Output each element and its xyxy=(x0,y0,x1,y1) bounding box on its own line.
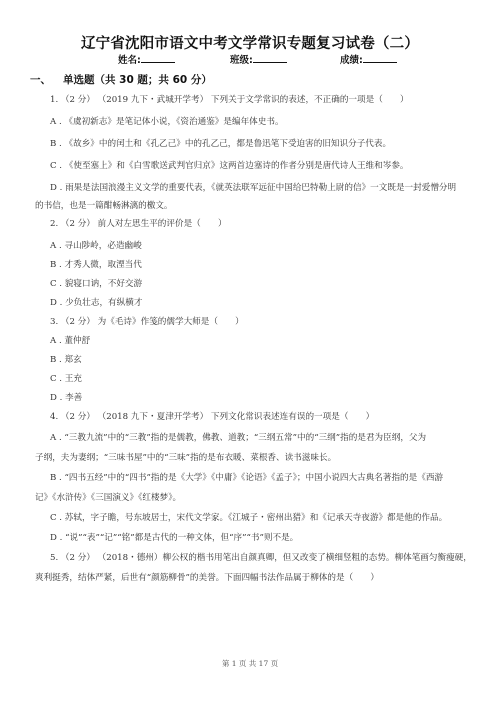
question-3-option-b[interactable]: B . 郑玄 xyxy=(50,354,82,366)
section-heading: 一、单选题（共 30 题；共 60 分） xyxy=(30,72,212,87)
student-info-row: 姓名: 班级: 成绩: xyxy=(0,52,500,66)
class-blank[interactable] xyxy=(253,53,287,63)
question-5: 5. （2 分） （2018・德州）柳公权的楷书用笔出自颜真卿，但又改变了横细竖… xyxy=(50,552,472,564)
question-4-option-d[interactable]: D . “说”“表”“记”“铭”都是古代的一种文体，但“序”“书”则不是。 xyxy=(50,532,298,544)
question-2: 2. （2 分） 前人对左思生平的评价是（ ） xyxy=(50,218,227,230)
question-4-option-c[interactable]: C . 苏轼，字子瞻，号东坡居士，宋代文学家。《江城子・密州出猎》和《记承天寺夜… xyxy=(50,512,447,524)
question-3-option-a[interactable]: A . 董仲舒 xyxy=(50,335,90,347)
question-1-option-d[interactable]: D . 雨果是法国浪漫主义文学的重要代表，《就英法联军远征中国给巴特勒上尉的信》… xyxy=(50,182,456,194)
question-3: 3. （2 分） 为《毛诗》作笺的儒学大师是（ ） xyxy=(50,316,244,328)
question-2-option-a[interactable]: A . 寻山陟岭，必造幽峻 xyxy=(50,240,142,252)
section-number: 一、 xyxy=(30,74,51,86)
question-1: 1. （2 分） （2019 九下・武城开学考） 下列关于文学常识的表述，不正确… xyxy=(50,94,409,106)
question-2-option-b[interactable]: B . 才秀人微，取湮当代 xyxy=(50,259,142,271)
score-blank[interactable] xyxy=(363,53,397,63)
question-4-option-b[interactable]: B . “四书五经”中的“四书”指的是《大学》《中庸》《论语》《孟子》；中国小说… xyxy=(50,472,443,484)
question-5-cont: 爽利挺秀，结体严紧，后世有“颜筋柳骨”的美誉。下面四幅书法作品属于柳体的是（ ） xyxy=(35,572,379,584)
question-4-option-b-cont: 记》《水浒传》《三国演义》《红楼梦》。 xyxy=(35,492,181,504)
question-4-option-a-cont: 子纲，夫为妻纲；“三味书屋”中的“三味”指的是布衣暖、菜根香、读书滋味长。 xyxy=(35,452,336,464)
question-4-option-a[interactable]: A . “三教九流”中的“三教”指的是儒教，佛教、道教；“三纲五常”中的“三纲”… xyxy=(50,432,426,444)
class-label: 班级: xyxy=(230,55,253,66)
section-title: 单选题（共 30 题；共 60 分） xyxy=(63,74,212,86)
question-4: 4. （2 分） （2018 九下・夏津开学考） 下列文化常识表述连有误的一项是… xyxy=(50,411,374,423)
score-field[interactable]: 成绩: xyxy=(340,52,397,66)
page-footer: 第 1 页 共 17 页 xyxy=(0,658,500,669)
question-1-option-d-cont: 的书信，也是一篇酣畅淋漓的檄文。 xyxy=(35,200,173,212)
question-3-option-d[interactable]: D . 李善 xyxy=(50,392,82,404)
question-1-option-c[interactable]: C . 《使至塞上》和《白雪歌送武判官归京》这两首边塞诗的作者分别是唐代诗人王维… xyxy=(50,160,409,172)
question-1-option-a[interactable]: A . 《虞初新志》是笔记体小说，《资治通鉴》是编年体史书。 xyxy=(50,116,284,128)
class-field[interactable]: 班级: xyxy=(230,52,287,66)
document-title: 辽宁省沈阳市语文中考文学常识专题复习试卷（二） xyxy=(0,32,500,53)
name-field[interactable]: 姓名: xyxy=(118,52,175,66)
question-2-option-c[interactable]: C . 貌寝口讷，不好交游 xyxy=(50,278,142,290)
name-blank[interactable] xyxy=(141,53,175,63)
score-label: 成绩: xyxy=(340,55,363,66)
name-label: 姓名: xyxy=(118,55,141,66)
question-3-option-c[interactable]: C . 王充 xyxy=(50,373,82,385)
question-2-option-d[interactable]: D . 少负壮志，有纵横才 xyxy=(50,297,142,309)
question-1-option-b[interactable]: B . 《故乡》中的闰土和《孔乙己》中的孔乙己，都是鲁迅笔下受迫害的旧知识分子代… xyxy=(50,138,391,150)
